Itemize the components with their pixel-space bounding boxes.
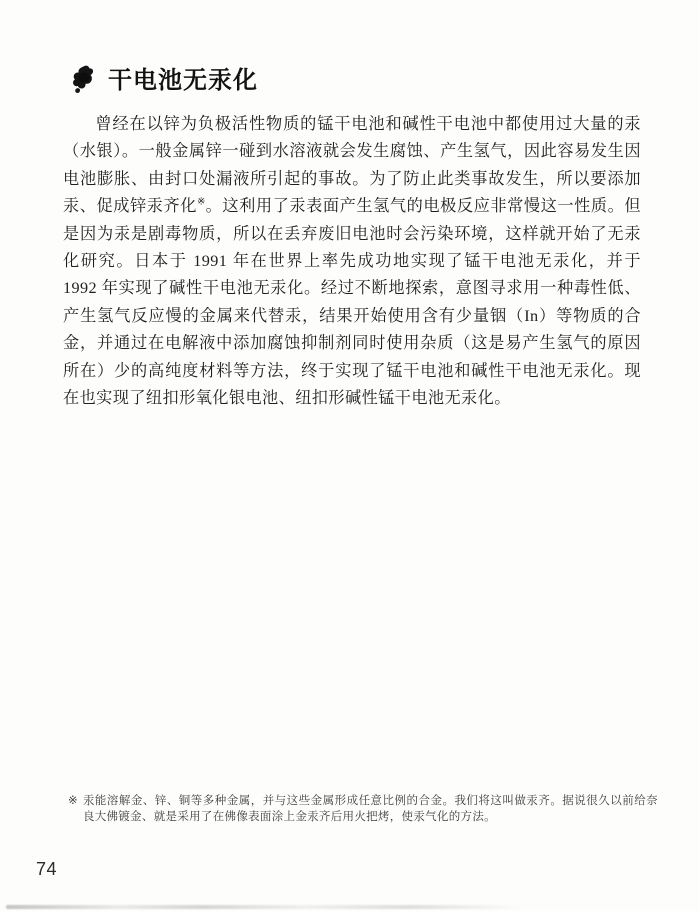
section-heading: 干电池无汞化 xyxy=(70,58,258,96)
ink-blob-icon xyxy=(70,64,98,96)
footnote-reference: ※ xyxy=(197,197,206,208)
scan-artifact xyxy=(6,905,521,909)
book-page: 干电池无汞化 曾经在以锌为负极活性物质的锰干电池和碱性干电池中都使用过大量的汞（… xyxy=(0,0,699,911)
body-paragraph: 曾经在以锌为负极活性物质的锰干电池和碱性干电池中都使用过大量的汞（水银）。一般金… xyxy=(63,111,641,412)
paragraph-part-2: 。这利用了汞表面产生氢气的电极反应非常慢这一性质。但是因为汞是剧毒物质，所以在丢… xyxy=(63,197,641,407)
footnote-marker: ※ xyxy=(68,793,78,809)
footnote-text: 汞能溶解金、锌、铜等多种金属，并与这些金属形成任意比例的合金。我们将这叫做汞齐。… xyxy=(83,793,658,825)
section-title: 干电池无汞化 xyxy=(108,60,258,95)
page-number: 74 xyxy=(36,859,57,880)
footnote: ※ 汞能溶解金、锌、铜等多种金属，并与这些金属形成任意比例的合金。我们将这叫做汞… xyxy=(68,793,658,825)
